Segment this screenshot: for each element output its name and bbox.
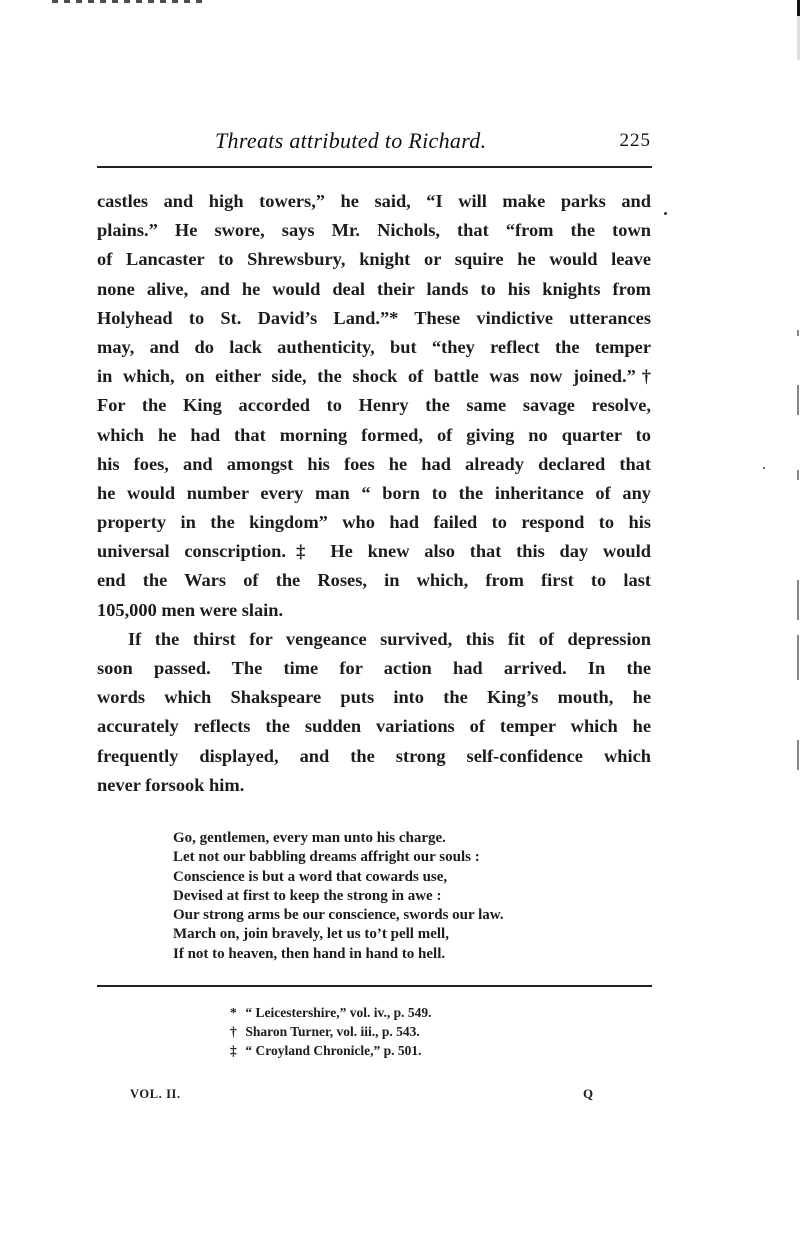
scan-mark [797, 740, 799, 770]
text-line: Holyhead to St. David’s Land.”* These vi… [97, 304, 651, 333]
text-line: his foes, and amongst his foes he had al… [97, 450, 651, 479]
text-line-paragraph-start: If the thirst for vengeance survived, th… [97, 625, 651, 654]
scan-mark [797, 580, 799, 620]
scan-mark [797, 385, 799, 415]
text-line: which he had that morning formed, of giv… [97, 421, 651, 450]
verse-line: Devised at first to keep the strong in a… [173, 887, 593, 906]
body-text: castles and high towers,” he said, “I wi… [97, 187, 651, 800]
page-header: Threats attributed to Richard. 225 [97, 128, 651, 158]
text-line: castles and high towers,” he said, “I wi… [97, 187, 651, 216]
verse-line: Let not our babbling dreams affright our… [173, 848, 593, 867]
text-line: of Lancaster to Shrewsbury, knight or sq… [97, 245, 651, 274]
footnote-dagger: † Sharon Turner, vol. iii., p. 543. [230, 1022, 570, 1041]
scan-mark [797, 635, 799, 680]
text-line: property in the kingdom” who had failed … [97, 508, 651, 537]
verse-line: March on, join bravely, let us to’t pell… [173, 925, 593, 944]
running-title: Threats attributed to Richard. [215, 128, 486, 154]
text-line: in which, on either side, the shock of b… [97, 362, 651, 391]
text-line: end the Wars of the Roses, in which, fro… [97, 566, 651, 595]
scan-mark [797, 470, 799, 480]
text-line: universal conscription.‡ He knew also th… [97, 537, 651, 566]
text-line: may, and do lack authenticity, but “they… [97, 333, 651, 362]
text-line-paragraph-end: 105,000 men were slain. [97, 596, 651, 625]
footnote-asterisk: * “ Leicestershire,” vol. iv., p. 549. [230, 1003, 570, 1022]
verse-line: Conscience is but a word that cowards us… [173, 868, 593, 887]
scan-artifact-top [52, 0, 202, 3]
footnote-mark: ‡ [230, 1041, 242, 1060]
text-line: none alive, and he would deal their land… [97, 275, 651, 304]
footnote-mark: † [230, 1022, 242, 1041]
footnote-text: “ Croyland Chronicle,” p. 501. [245, 1043, 421, 1058]
verse-line: Go, gentlemen, every man unto his charge… [173, 829, 593, 848]
footnote-rule [97, 985, 652, 987]
header-rule [97, 166, 652, 168]
verse-quotation: Go, gentlemen, every man unto his charge… [173, 829, 593, 964]
scan-mark [797, 330, 799, 336]
text-line: frequently displayed, and the strong sel… [97, 742, 651, 771]
text-line: soon passed. The time for action had arr… [97, 654, 651, 683]
footnote-text: Sharon Turner, vol. iii., p. 543. [245, 1024, 419, 1039]
text-line-paragraph-end: never forsook him. [97, 771, 651, 800]
footnote-double-dagger: ‡ “ Croyland Chronicle,” p. 501. [230, 1041, 570, 1060]
book-page: Threats attributed to Richard. 225 castl… [0, 0, 800, 1236]
scan-speck [763, 467, 765, 469]
text-line: accurately reflects the sudden variation… [97, 712, 651, 741]
page-number: 225 [620, 130, 652, 152]
text-line: plains.” He swore, says Mr. Nichols, tha… [97, 216, 651, 245]
footnote-mark: * [230, 1003, 242, 1022]
footnote-text: “ Leicestershire,” vol. iv., p. 549. [245, 1005, 431, 1020]
footnotes: * “ Leicestershire,” vol. iv., p. 549. †… [230, 1003, 570, 1060]
verse-line: Our strong arms be our conscience, sword… [173, 906, 593, 925]
sheet-signature-mark: Q [583, 1086, 593, 1102]
verse-line: If not to heaven, then hand in hand to h… [173, 945, 593, 964]
text-line: For the King accorded to Henry the same … [97, 391, 651, 420]
text-line: words which Shakspeare puts into the Kin… [97, 683, 651, 712]
scan-speck [664, 212, 667, 215]
text-line: he would number every man “ born to the … [97, 479, 651, 508]
volume-signature: VOL. II. [130, 1087, 181, 1102]
